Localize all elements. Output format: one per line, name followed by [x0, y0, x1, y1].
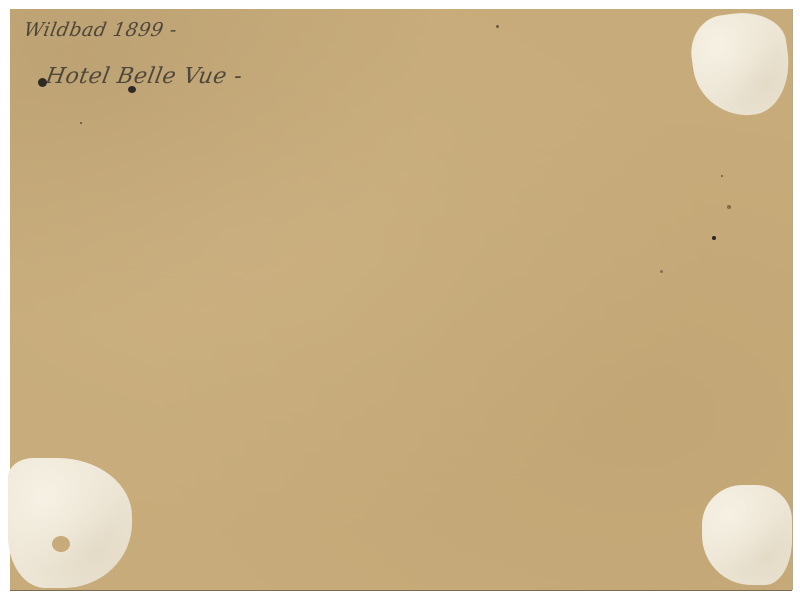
speck: [660, 270, 663, 273]
speck: [496, 25, 499, 28]
ink-blot: [38, 78, 47, 87]
speck: [80, 122, 82, 124]
speck: [721, 175, 723, 177]
speck: [712, 236, 716, 240]
torn-paper-hole: [52, 536, 70, 552]
speck: [727, 205, 731, 209]
torn-paper-bottom-right: [702, 485, 792, 585]
ink-blot: [128, 86, 136, 93]
inscription-hotel: Hotel Belle Vue -: [44, 64, 245, 89]
inscription-place-date: Wildbad 1899 -: [22, 19, 179, 41]
